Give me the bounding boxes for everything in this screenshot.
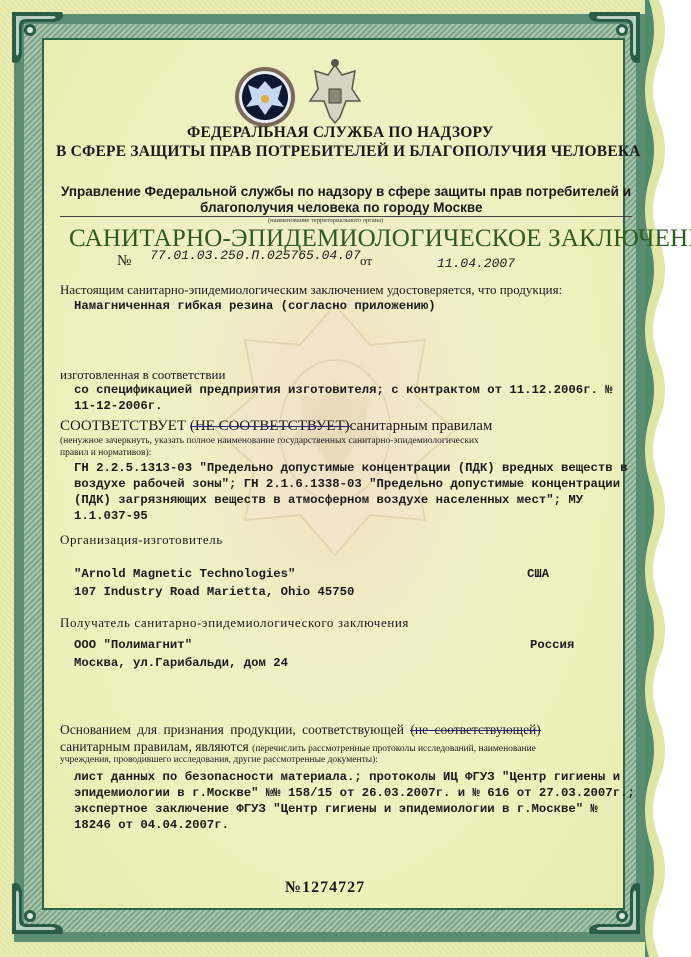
- basis-note-line2: учреждения, проводившего исследования, д…: [60, 755, 378, 765]
- basis-line2: санитарным правилам, являются (перечисли…: [60, 739, 536, 755]
- rules-line1: ГН 2.2.5.1313-03 "Предельно допустимые к…: [74, 461, 627, 475]
- manufacturer-name: "Arnold Magnetic Technologies": [74, 567, 295, 581]
- ornamental-corner-icon: [586, 8, 644, 66]
- basis-text: Основанием для признания продукции, соот…: [60, 722, 404, 737]
- basis-struck: (не соответствующей): [410, 722, 540, 737]
- product-name: Намагниченная гибкая резина (согласно пр…: [74, 299, 436, 313]
- compliance-statement: СООТВЕТСТВУЕТ (НЕ СООТВЕТСТВУЕТ)санитарн…: [60, 418, 492, 435]
- basis-line1: Основанием для признания продукции, соот…: [60, 722, 541, 738]
- rules-line4: 1.1.037-95: [74, 509, 148, 523]
- manufactured-label: изготовленная в соответствии: [60, 367, 225, 383]
- certificate-date: 11.04.2007: [437, 256, 515, 271]
- basis-doc-line2: эпидемиологии в г.Москве" №№ 158/15 от 2…: [74, 786, 635, 800]
- ornamental-corner-icon: [586, 880, 644, 938]
- rules-note-line2: правил и нормативов):: [60, 448, 151, 458]
- emblems: [230, 55, 370, 130]
- date-label: от: [360, 253, 372, 269]
- manufactured-line2: 11-12-2006г.: [74, 399, 163, 413]
- recipient-label: Получатель санитарно-эпидемиологического…: [60, 615, 409, 631]
- certificate-number: 77.01.03.250.П.025765.04.07: [150, 248, 361, 263]
- rospotrebnadzor-emblem-icon: [235, 67, 295, 127]
- recipient-address: Москва, ул.Гарибальди, дом 24: [74, 656, 288, 670]
- basis-doc-line4: 18246 от 04.04.2007г.: [74, 818, 229, 832]
- not-complies-struck: (НЕ СООТВЕТСТВУЕТ): [190, 418, 350, 434]
- recipient-name: ООО "Полимагнит": [74, 638, 192, 652]
- ornamental-corner-icon: [8, 8, 66, 66]
- form-serial-number: №1274727: [285, 879, 365, 897]
- basis-doc-line1: лист данных по безопасности материала.; …: [74, 770, 620, 784]
- agency-name-line2: В СФЕРЕ ЗАЩИТЫ ПРАВ ПОТРЕБИТЕЛЕЙ И БЛАГО…: [56, 143, 641, 161]
- basis-doc-line3: экспертное заключение ФГУЗ "Центр гигиен…: [74, 802, 598, 816]
- manufacturer-country: США: [527, 567, 549, 581]
- rules-line2: воздухе рабочей зоны"; ГН 2.1.6.1338-03 …: [74, 477, 620, 491]
- wavy-edge: [645, 0, 691, 957]
- russian-coat-of-arms-icon: [310, 59, 360, 123]
- manufacturer-address: 107 Industry Road Marietta, Ohio 45750: [74, 585, 354, 599]
- rules-note-line1: (ненужное зачеркнуть, указать полное наи…: [60, 436, 479, 446]
- agency-name-line1: ФЕДЕРАЛЬНАЯ СЛУЖБА ПО НАДЗОРУ: [187, 124, 493, 142]
- rules-line3: (ПДК) загрязняющих веществ в атмосферном…: [74, 493, 583, 507]
- recipient-country: Россия: [530, 638, 574, 652]
- rules-text: санитарным правилам: [350, 418, 493, 434]
- manufactured-line1: со спецификацией предприятия изготовител…: [74, 383, 613, 397]
- number-label: №: [117, 253, 131, 270]
- department-line2: благополучия человека по городу Москве: [200, 200, 483, 215]
- department-line1: Управление Федеральной службы по надзору…: [61, 184, 631, 199]
- department-caption: (наименование территориального органа): [268, 217, 383, 224]
- complies-text: СООТВЕТСТВУЕТ: [60, 418, 186, 434]
- basis-text-2: санитарным правилам, являются: [60, 739, 249, 754]
- manufacturer-label: Организация-изготовитель: [60, 532, 223, 548]
- basis-note: (перечислить рассмотренные протоколы исс…: [252, 744, 536, 754]
- ornamental-corner-icon: [8, 880, 66, 938]
- certify-text: Настоящим санитарно-эпидемиологическим з…: [60, 282, 562, 298]
